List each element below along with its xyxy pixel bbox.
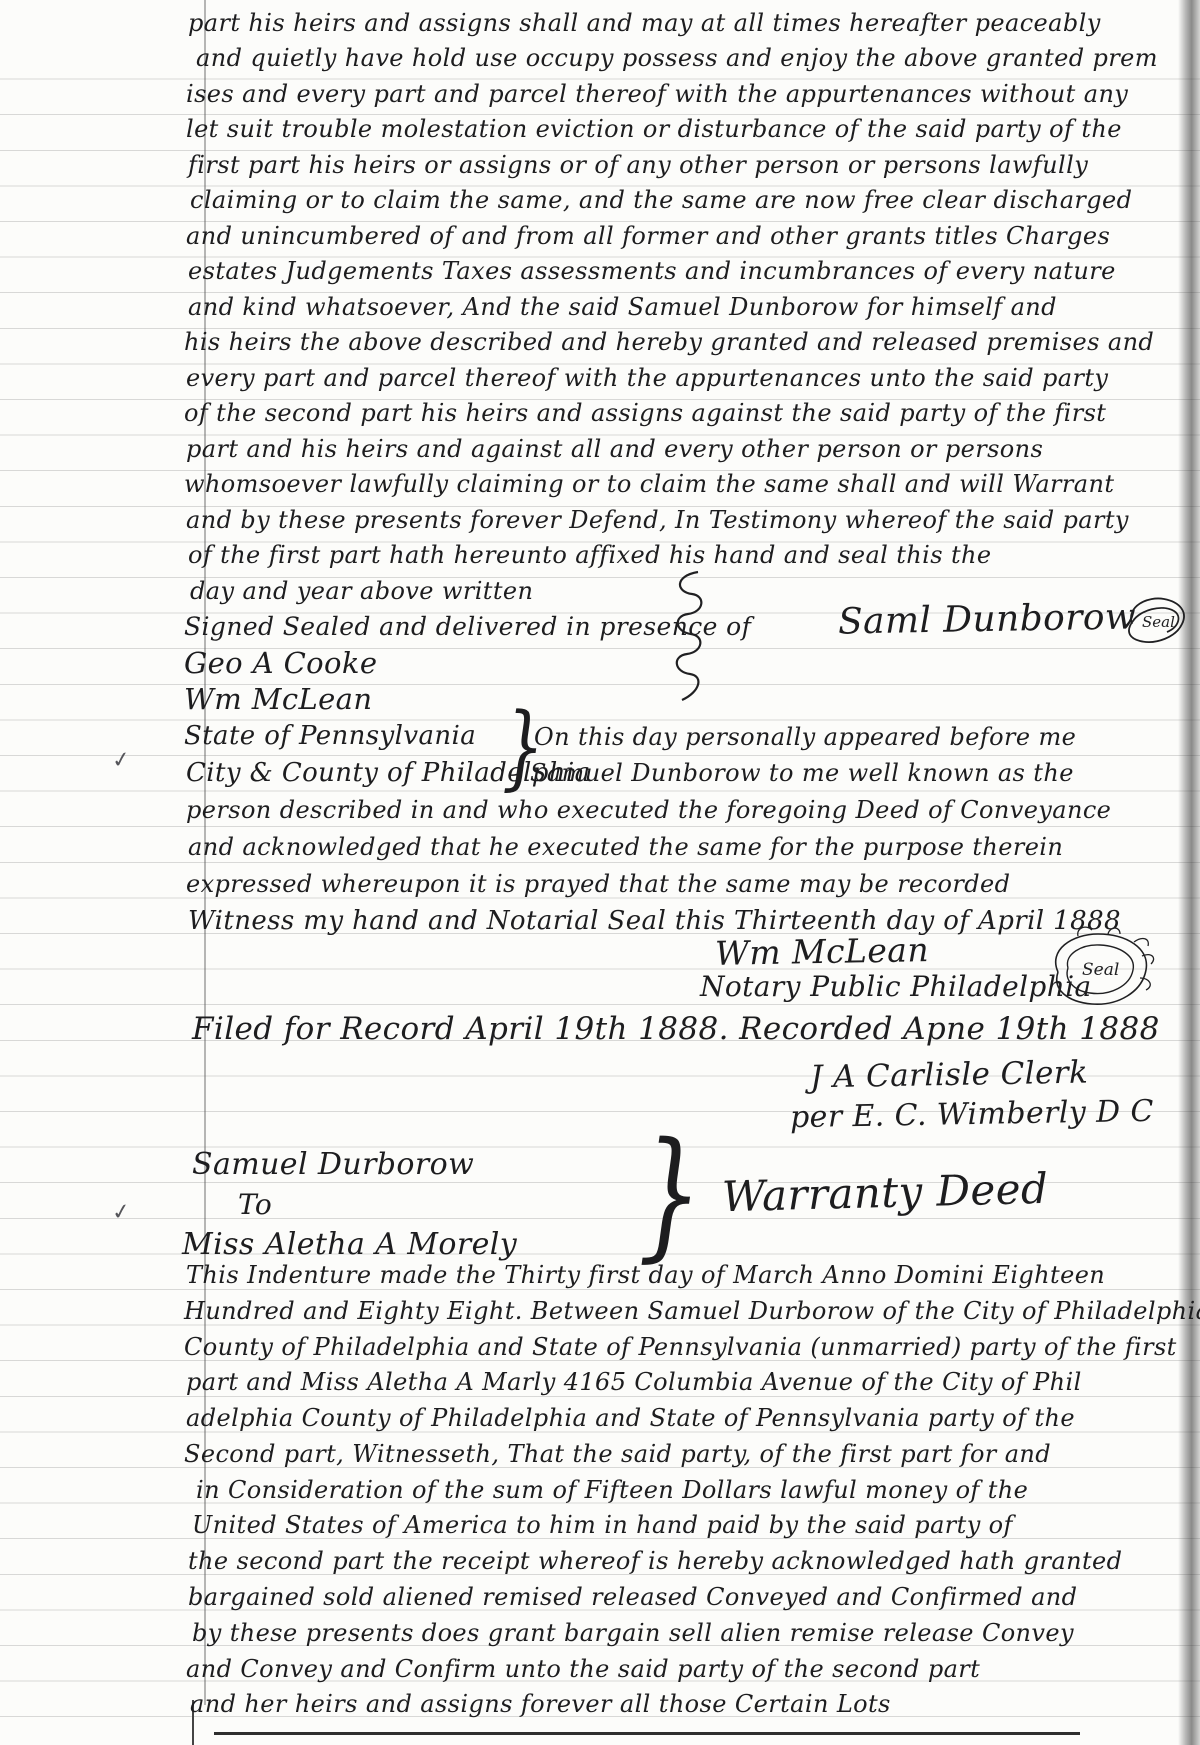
svg-text:Seal: Seal [1082, 960, 1119, 980]
deed-text-line: the second part the receipt whereof is h… [188, 1548, 1122, 1574]
notary-seal: Seal [1038, 922, 1158, 1014]
deed-text-line: of the second part his heirs and assigns… [184, 400, 1106, 426]
deed-text-line: and kind whatsoever, And the said Samuel… [188, 294, 1057, 320]
deed-text-line: and by these presents forever Defend, In… [186, 507, 1129, 533]
witness-brace-flourish [658, 570, 710, 702]
acknowledgment-line: person described in and who executed the… [186, 797, 1111, 823]
deed-text-line: United States of America to him in hand … [192, 1512, 1013, 1538]
deed-text-line: whomsoever lawfully claiming or to claim… [184, 471, 1114, 497]
deed-text-line: first part his heirs or assigns or of an… [188, 152, 1088, 178]
deed-text-line: adelphia County of Philadelphia and Stat… [186, 1405, 1075, 1431]
witness-signature: Geo A Cooke [184, 648, 377, 680]
deputy-clerk-signature: per E. C. Wimberly D C [790, 1095, 1154, 1134]
page-gutter-edge [1178, 0, 1200, 1745]
notary-title: Notary Public Philadelphia [700, 972, 1092, 1003]
deed-text-line: and unincumbered of and from all former … [186, 223, 1110, 249]
acknowledgment-line: Witness my hand and Notarial Seal this T… [188, 907, 1121, 936]
margin-check-mark: ✓ [110, 1199, 132, 1226]
filed-recorded-line: Filed for Record April 19th 1888. Record… [192, 1012, 1160, 1046]
deed-text-line: every part and parcel thereof with the a… [186, 365, 1108, 391]
acknowledgment-line: and acknowledged that he executed the sa… [188, 834, 1063, 860]
deed-text-line: by these presents does grant bargain sel… [192, 1620, 1074, 1646]
deed-text-line: and Convey and Confirm unto the said par… [186, 1656, 980, 1682]
acknowledgment-line: On this day personally appeared before m… [534, 724, 1076, 750]
deed-text-line: ises and every part and parcel thereof w… [186, 81, 1128, 107]
deed-text-line: This Indenture made the Thirty first day… [186, 1262, 1105, 1288]
caption-to-label: To [238, 1190, 272, 1221]
deed-text-line: Hundred and Eighty Eight. Between Samuel… [184, 1298, 1200, 1324]
deed-text-line: claiming or to claim the same, and the s… [190, 187, 1132, 213]
caption-grantee: Miss Aletha A Morely [182, 1228, 517, 1261]
margin-check-mark: ✓ [110, 747, 132, 774]
deed-record-page: ✓ ✓ part his heirs and assigns shall and… [0, 0, 1200, 1745]
acknowledgment-line: expressed whereupon it is prayed that th… [186, 871, 1010, 897]
caption-grantor: Samuel Durborow [192, 1148, 474, 1181]
notary-signature: Wm McLean [715, 932, 930, 972]
witness-signature: Wm McLean [184, 684, 372, 716]
deed-text-line: part his heirs and assigns shall and may… [188, 10, 1101, 36]
deed-text-line: bargained sold aliened remised released … [188, 1584, 1077, 1610]
svg-text:Seal: Seal [1142, 613, 1175, 631]
deed-text-line: estates Judgements Taxes assessments and… [188, 258, 1116, 284]
deed-text-line: let suit trouble molestation eviction or… [186, 116, 1122, 142]
deed-text-line: and quietly have hold use occupy possess… [196, 45, 1158, 71]
page-bottom-edge [214, 1732, 1080, 1735]
deed-text-line: in Consideration of the sum of Fifteen D… [196, 1477, 1028, 1503]
instrument-type-title: Warranty Deed [721, 1166, 1048, 1221]
venue-state-line: State of Pennsylvania [184, 722, 476, 751]
deed-text-line: part and his heirs and against all and e… [186, 436, 1043, 462]
acknowledgment-line: Samuel Dunborow to me well known as the [530, 760, 1074, 786]
deed-text-line: part and Miss Aletha A Marly 4165 Columb… [186, 1369, 1082, 1395]
deed-text-line: County of Philadelphia and State of Penn… [184, 1334, 1177, 1360]
deed-text-line: day and year above written [190, 578, 533, 604]
grantor-seal: Seal [1120, 592, 1190, 648]
deed-text-line: Second part, Witnesseth, That the said p… [184, 1441, 1051, 1467]
deed-text-line: of the first part hath hereunto affixed … [188, 542, 992, 568]
caption-brace: } [638, 1132, 702, 1258]
grantor-signature: Saml Dunborow [838, 597, 1137, 642]
clerk-signature: J A Carlisle Clerk [810, 1056, 1089, 1095]
deed-text-line: and her heirs and assigns forever all th… [190, 1691, 891, 1717]
deed-text-line: his heirs the above described and hereby… [184, 329, 1154, 355]
